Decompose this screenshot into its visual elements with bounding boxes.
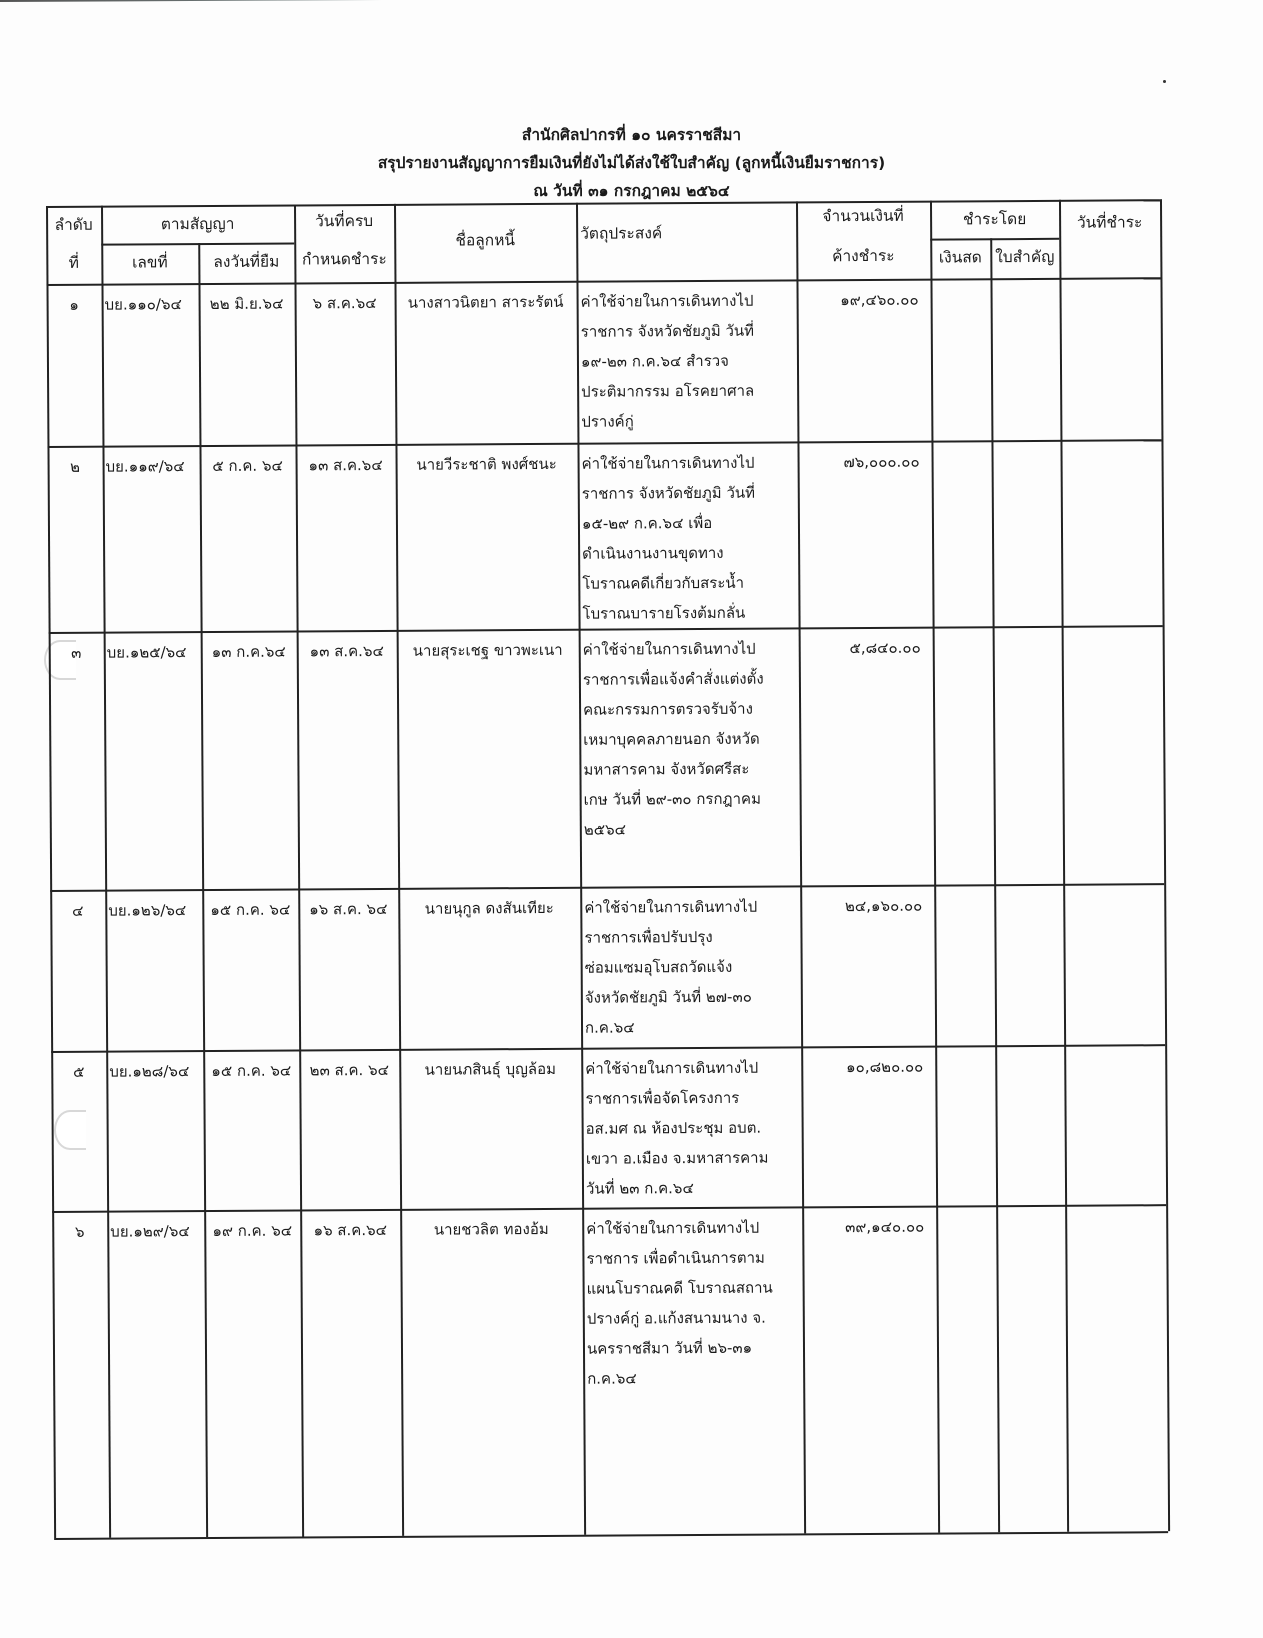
report-title: สรุปรายงานสัญญาการยืมเงินที่ยังไม่ได้ส่ง… <box>0 150 1263 175</box>
purpose-line: จังหวัดชัยภูมิ วันที่ ๒๗-๓๐ <box>585 981 799 1012</box>
purpose-line: วันที่ ๒๓ ก.ค.๖๔ <box>586 1172 800 1203</box>
purpose-text: ค่าใช้จ่ายในการเดินทางไปราชการเพื่อปรับป… <box>584 891 799 1042</box>
purpose-line: ค่าใช้จ่ายในการเดินทางไป <box>583 633 797 664</box>
row-divider <box>50 883 1164 891</box>
column-divider <box>294 204 304 1536</box>
purpose-line: มหาสารคาม จังหวัดศรีสะ <box>583 753 797 784</box>
purpose-line: เกษ วันที่ ๒๙-๓๐ กรกฎาคม <box>584 783 798 814</box>
purpose-text: ค่าใช้จ่ายในการเดินทางไปราชการเพื่อแจ้งค… <box>583 633 798 844</box>
purpose-line: ราชการ จังหวัดชัยภูมิ วันที่ <box>581 315 795 346</box>
borrow-date: ๒๒ มิ.ย.๖๔ <box>199 288 295 319</box>
purpose-line: ๑๕-๒๙ ก.ค.๖๔ เพื่อ <box>582 507 796 538</box>
due-date: ๑๓ ส.ค.๖๔ <box>297 636 397 667</box>
purpose-line: ค่าใช้จ่ายในการเดินทางไป <box>586 1212 800 1243</box>
row-divider <box>51 1044 1165 1052</box>
column-divider <box>46 206 56 1538</box>
debtor-name: นางสาวนิตยา สาระรัตน์ <box>395 287 577 318</box>
contract-number: บย.๑๒๙/๖๔ <box>110 1216 190 1246</box>
org-name: สำนักศิลปากรที่ ๑๐ นครราชสีมา <box>0 122 1263 147</box>
borrow-date: ๑๕ ก.ค. ๖๔ <box>203 1055 299 1086</box>
debtor-name: นายชวลิต ทองอ้ม <box>400 1214 582 1245</box>
scan-edge-line <box>0 0 580 2</box>
header-due-date: กำหนดชำระ <box>294 244 394 275</box>
header-debtor: ชื่อลูกหนี้ <box>394 225 576 256</box>
header-due-date: วันที่ครบ <box>294 206 394 237</box>
purpose-line: ราชการ เพื่อดำเนินการตาม <box>586 1242 800 1273</box>
purpose-line: โบราณคดีเกี่ยวกับสระน้ำ <box>582 567 796 598</box>
amount-outstanding: ๑๐,๘๒๐.๐๐ <box>801 1052 923 1083</box>
purpose-line: ราชการ จังหวัดชัยภูมิ วันที่ <box>582 477 796 508</box>
column-divider <box>1160 199 1170 1531</box>
contract-number: บย.๑๒๖/๖๔ <box>108 895 186 925</box>
header-paid-by: ชำระโดย <box>930 204 1059 235</box>
purpose-text: ค่าใช้จ่ายในการเดินทางไปราชการ จังหวัดชั… <box>581 447 796 628</box>
row-seq: ๖ <box>52 1217 107 1247</box>
amount-outstanding: ๓๙,๑๔๐.๐๐ <box>802 1212 924 1243</box>
row-seq: ๔ <box>50 896 105 926</box>
borrow-date: ๑๕ ก.ค. ๖๔ <box>202 894 298 925</box>
purpose-line: ปรางค์กู่ <box>581 405 795 436</box>
borrow-date: ๑๙ ก.ค. ๖๔ <box>204 1215 300 1246</box>
column-divider <box>394 204 404 1536</box>
due-date: ๒๓ ส.ค. ๖๔ <box>299 1055 399 1086</box>
contract-number: บย.๑๑๐/๖๔ <box>105 289 182 319</box>
header-contract-group: ตามสัญญา <box>101 208 294 239</box>
contract-number: บย.๑๒๕/๖๔ <box>107 637 187 667</box>
purpose-text: ค่าใช้จ่ายในการเดินทางไปราชการ เพื่อดำเน… <box>586 1212 801 1393</box>
purpose-line: ค่าใช้จ่ายในการเดินทางไป <box>584 891 798 922</box>
borrow-date: ๕ ก.ค. ๖๔ <box>199 450 295 481</box>
purpose-line: ดำเนินงานงานขุดทาง <box>582 537 796 568</box>
row-seq: ๕ <box>51 1057 106 1087</box>
purpose-text: ค่าใช้จ่ายในการเดินทางไปราชการ จังหวัดชั… <box>581 285 796 436</box>
purpose-line: คณะกรรมการตรวจรับจ้าง <box>583 693 797 724</box>
column-divider <box>101 206 111 1538</box>
header-amount: จำนวนเงินที่ <box>796 201 930 232</box>
header-seq: ลำดับ <box>46 210 101 240</box>
purpose-line: ซ่อมแซมอุโบสถวัดแจ้ง <box>585 951 799 982</box>
debtor-name: นายสุระเชฐ ขาวพะเนา <box>397 635 579 666</box>
borrow-date: ๑๓ ก.ค.๖๔ <box>201 636 297 667</box>
purpose-line: แผนโบราณคดี โบราณสถาน <box>587 1272 801 1303</box>
due-date: ๑๖ ส.ค. ๖๔ <box>298 894 398 925</box>
purpose-line: ๑๙-๒๓ ก.ค.๖๔ สำรวจ <box>581 345 795 376</box>
purpose-line: นครราชสีมา วันที่ ๒๖-๓๑ <box>587 1332 801 1363</box>
purpose-line: ค่าใช้จ่ายในการเดินทางไป <box>581 447 795 478</box>
header-borrow-date: ลงวันที่ยืม <box>198 246 294 277</box>
header-paid-date: วันที่ชำระ <box>1059 207 1160 238</box>
due-date: ๑๖ ส.ค.๖๔ <box>300 1215 400 1246</box>
amount-outstanding: ๕,๘๔๐.๐๐ <box>799 633 921 664</box>
row-seq: ๑ <box>47 290 102 320</box>
scan-speck <box>1163 80 1166 83</box>
header-bottom-border <box>46 277 1160 285</box>
amount-outstanding: ๗๖,๐๐๐.๐๐ <box>797 447 919 478</box>
row-divider <box>52 1204 1166 1212</box>
purpose-line: ราชการเพื่อปรับปรุง <box>584 921 798 952</box>
amount-outstanding: ๑๙,๔๖๐.๐๐ <box>796 285 918 316</box>
purpose-line: ปรางค์กู่ อ.แก้งสนามนาง จ. <box>587 1302 801 1333</box>
purpose-line: อส.มศ ณ ห้องประชุม อบต. <box>586 1112 800 1143</box>
purpose-line: ราชการเพื่อแจ้งคำสั่งแต่งตั้ง <box>583 663 797 694</box>
debtor-name: นายนภสินธุ์ บุญล้อม <box>399 1054 581 1085</box>
purpose-line: โบราณบารายโรงต้มกลั่น <box>582 597 796 628</box>
header-contract-no: เลขที่ <box>101 247 198 278</box>
row-divider <box>47 439 1161 447</box>
purpose-line: ราชการเพื่อจัดโครงการ <box>585 1082 799 1113</box>
header-receipt: ใบสำคัญ <box>990 242 1059 272</box>
header-amount: ค้างชำระ <box>796 241 930 272</box>
due-date: ๑๓ ส.ค.๖๔ <box>295 450 395 481</box>
header-purpose: วัตถุประสงค์ <box>580 218 662 249</box>
debtor-name: นายนุกูล ดงสันเทียะ <box>398 893 580 924</box>
header-seq: ที่ <box>46 248 101 278</box>
column-divider <box>930 201 940 1533</box>
amount-outstanding: ๒๔,๑๖๐.๐๐ <box>800 891 922 922</box>
header-divider <box>930 238 1059 240</box>
purpose-line: ๒๕๖๔ <box>584 813 798 844</box>
purpose-line: ก.ค.๖๔ <box>587 1362 801 1393</box>
header-cash: เงินสด <box>930 242 990 272</box>
purpose-line: ก.ค.๖๔ <box>585 1011 799 1042</box>
column-divider <box>1059 200 1069 1532</box>
purpose-line: ค่าใช้จ่ายในการเดินทางไป <box>585 1052 799 1083</box>
debtor-name: นายวีระชาติ พงศ์ชนะ <box>395 449 577 480</box>
contract-number: บย.๑๑๙/๖๔ <box>106 451 185 481</box>
debtor-table: ลำดับที่ตามสัญญาเลขที่ลงวันที่ยืมวันที่ค… <box>46 199 1170 1542</box>
purpose-line: เขวา อ.เมือง จ.มหาสารคาม <box>586 1142 800 1173</box>
purpose-line: ประติมากรรม อโรคยาศาล <box>581 375 795 406</box>
row-seq: ๒ <box>48 452 103 482</box>
row-divider <box>54 1531 1168 1539</box>
row-seq: ๓ <box>49 638 104 668</box>
purpose-line: ค่าใช้จ่ายในการเดินทางไป <box>581 285 795 316</box>
purpose-line: เหมาบุคคลภายนอก จังหวัด <box>583 723 797 754</box>
purpose-text: ค่าใช้จ่ายในการเดินทางไปราชการเพื่อจัดโค… <box>585 1052 800 1203</box>
contract-number: บย.๑๒๘/๖๔ <box>109 1056 189 1086</box>
due-date: ๖ ส.ค.๖๔ <box>295 288 395 319</box>
